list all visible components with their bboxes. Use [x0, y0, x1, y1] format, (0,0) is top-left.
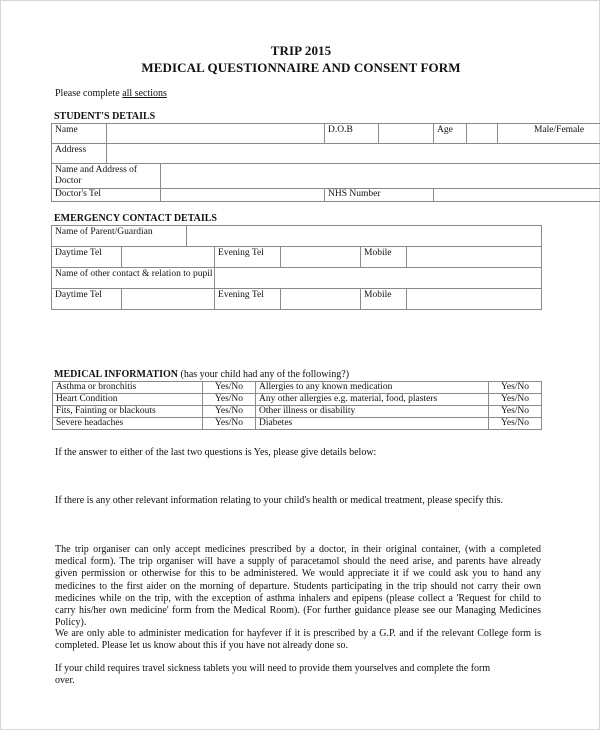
medical-info-row: Heart ConditionYes/NoAny other allergies…	[53, 394, 542, 406]
yes-no-answer[interactable]: Yes/No	[203, 406, 256, 418]
intro-underlined: all sections	[122, 88, 167, 99]
daytime-tel-field-1[interactable]	[122, 247, 215, 268]
address-label: Address	[52, 144, 107, 164]
evening-tel-label-1: Evening Tel	[215, 247, 281, 268]
gender-field[interactable]: Male/Female	[498, 124, 600, 144]
parent-field[interactable]	[187, 226, 542, 247]
intro-prefix: Please complete	[55, 88, 122, 99]
other-info-instruction: If there is any other relevant informati…	[55, 495, 555, 507]
yes-no-answer[interactable]: Yes/No	[203, 418, 256, 430]
condition-label: Other illness or disability	[256, 406, 489, 418]
emergency-contact-table: Name of Parent/Guardian Daytime Tel Even…	[51, 225, 542, 310]
evening-tel-label-2: Evening Tel	[215, 289, 281, 310]
nhs-field[interactable]	[434, 189, 600, 202]
medical-info-table: Asthma or bronchitisYes/NoAllergies to a…	[52, 381, 542, 430]
doctor-field[interactable]	[161, 164, 600, 189]
medical-info-heading: MEDICAL INFORMATION (has your child had …	[54, 369, 349, 380]
student-details-heading: STUDENT'S DETAILS	[54, 111, 155, 122]
nhs-label: NHS Number	[325, 189, 434, 202]
address-field[interactable]	[107, 144, 600, 164]
form-title-year: TRIP 2015	[1, 43, 600, 59]
doctor-label: Name and Address of Doctor	[52, 164, 161, 189]
condition-label: Allergies to any known medication	[256, 382, 489, 394]
yes-no-answer[interactable]: Yes/No	[489, 406, 542, 418]
mobile-field-2[interactable]	[407, 289, 542, 310]
intro-instruction: Please complete all sections	[55, 88, 167, 99]
mobile-field-1[interactable]	[407, 247, 542, 268]
medical-info-subtitle: (has your child had any of the following…	[178, 369, 349, 380]
dob-field[interactable]	[379, 124, 434, 144]
travel-sickness-paragraph: If your child requires travel sickness t…	[55, 663, 495, 687]
age-field[interactable]	[467, 124, 498, 144]
condition-label: Any other allergies e.g. material, food,…	[256, 394, 489, 406]
name-field[interactable]	[107, 124, 325, 144]
student-details-table: Name D.O.B Age Male/Female Address Name …	[51, 123, 600, 202]
form-page: TRIP 2015 MEDICAL QUESTIONNAIRE AND CONS…	[0, 0, 600, 730]
evening-tel-field-2[interactable]	[281, 289, 361, 310]
medical-info-row: Severe headachesYes/NoDiabetesYes/No	[53, 418, 542, 430]
daytime-tel-field-2[interactable]	[122, 289, 215, 310]
yes-no-answer[interactable]: Yes/No	[489, 394, 542, 406]
condition-label: Diabetes	[256, 418, 489, 430]
form-title: MEDICAL QUESTIONNAIRE AND CONSENT FORM	[1, 60, 600, 76]
yes-no-answer[interactable]: Yes/No	[203, 394, 256, 406]
daytime-tel-label-2: Daytime Tel	[52, 289, 122, 310]
medicines-policy-paragraph: The trip organiser can only accept medic…	[55, 544, 541, 629]
medical-info-row: Asthma or bronchitisYes/NoAllergies to a…	[53, 382, 542, 394]
condition-label: Asthma or bronchitis	[53, 382, 203, 394]
details-instruction: If the answer to either of the last two …	[55, 447, 541, 459]
name-label: Name	[52, 124, 107, 144]
hayfever-paragraph: We are only able to administer medicatio…	[55, 628, 541, 652]
daytime-tel-label-1: Daytime Tel	[52, 247, 122, 268]
condition-label: Severe headaches	[53, 418, 203, 430]
medical-info-row: Fits, Fainting or blackoutsYes/NoOther i…	[53, 406, 542, 418]
mobile-label-1: Mobile	[361, 247, 407, 268]
emergency-contact-heading: EMERGENCY CONTACT DETAILS	[54, 213, 217, 224]
mobile-label-2: Mobile	[361, 289, 407, 310]
parent-label: Name of Parent/Guardian	[52, 226, 187, 247]
other-contact-field[interactable]	[215, 268, 542, 289]
condition-label: Fits, Fainting or blackouts	[53, 406, 203, 418]
doctor-tel-label: Doctor's Tel	[52, 189, 161, 202]
age-label: Age	[434, 124, 467, 144]
medical-info-title: MEDICAL INFORMATION	[54, 369, 178, 380]
doctor-tel-field[interactable]	[161, 189, 325, 202]
condition-label: Heart Condition	[53, 394, 203, 406]
other-contact-label: Name of other contact & relation to pupi…	[52, 268, 215, 289]
yes-no-answer[interactable]: Yes/No	[489, 382, 542, 394]
dob-label: D.O.B	[325, 124, 379, 144]
evening-tel-field-1[interactable]	[281, 247, 361, 268]
yes-no-answer[interactable]: Yes/No	[203, 382, 256, 394]
yes-no-answer[interactable]: Yes/No	[489, 418, 542, 430]
